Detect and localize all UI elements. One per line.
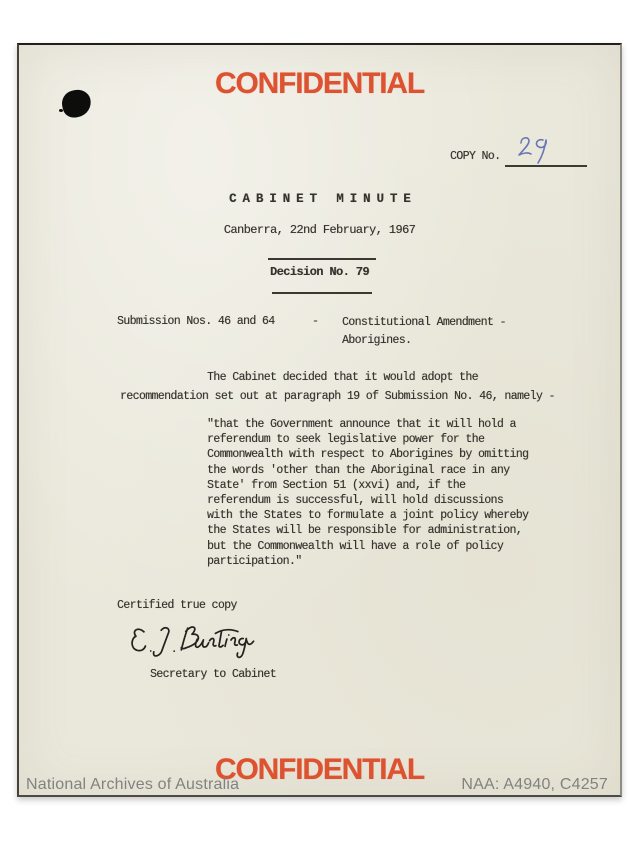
copy-number-handwritten xyxy=(513,134,555,166)
submission-dash: - xyxy=(312,314,318,329)
decision-rule-bottom xyxy=(272,292,372,294)
copy-number-label: COPY No. xyxy=(450,149,500,164)
signatory-title: Secretary to Cabinet xyxy=(150,667,276,682)
archive-reference: NAA: A4940, C4257 xyxy=(461,776,608,794)
certification-note: Certified true copy xyxy=(117,598,237,613)
submission-reference: Submission Nos. 46 and 64 xyxy=(117,314,275,329)
decision-rule-top xyxy=(268,258,376,260)
signature xyxy=(128,618,277,665)
paragraph-intro: The Cabinet decided that it would adopt … xyxy=(120,369,555,406)
document-page: CONFIDENTIAL COPY No. C A B I N E T M I … xyxy=(17,43,622,797)
decision-number: Decision No. 79 xyxy=(19,265,620,280)
archive-watermark: National Archives of Australia xyxy=(26,776,239,794)
ink-blot-speck xyxy=(59,109,63,112)
submission-subject: Constitutional Amendment - Aborigines. xyxy=(342,314,506,349)
quoted-recommendation: "that the Government announce that it wi… xyxy=(207,417,528,569)
document-title: C A B I N E T M I N U T E xyxy=(19,192,620,207)
document-dateline: Canberra, 22nd February, 1967 xyxy=(19,223,620,238)
confidential-stamp-top: CONFIDENTIAL xyxy=(19,67,620,101)
scan-viewport: CONFIDENTIAL COPY No. C A B I N E T M I … xyxy=(0,0,638,850)
